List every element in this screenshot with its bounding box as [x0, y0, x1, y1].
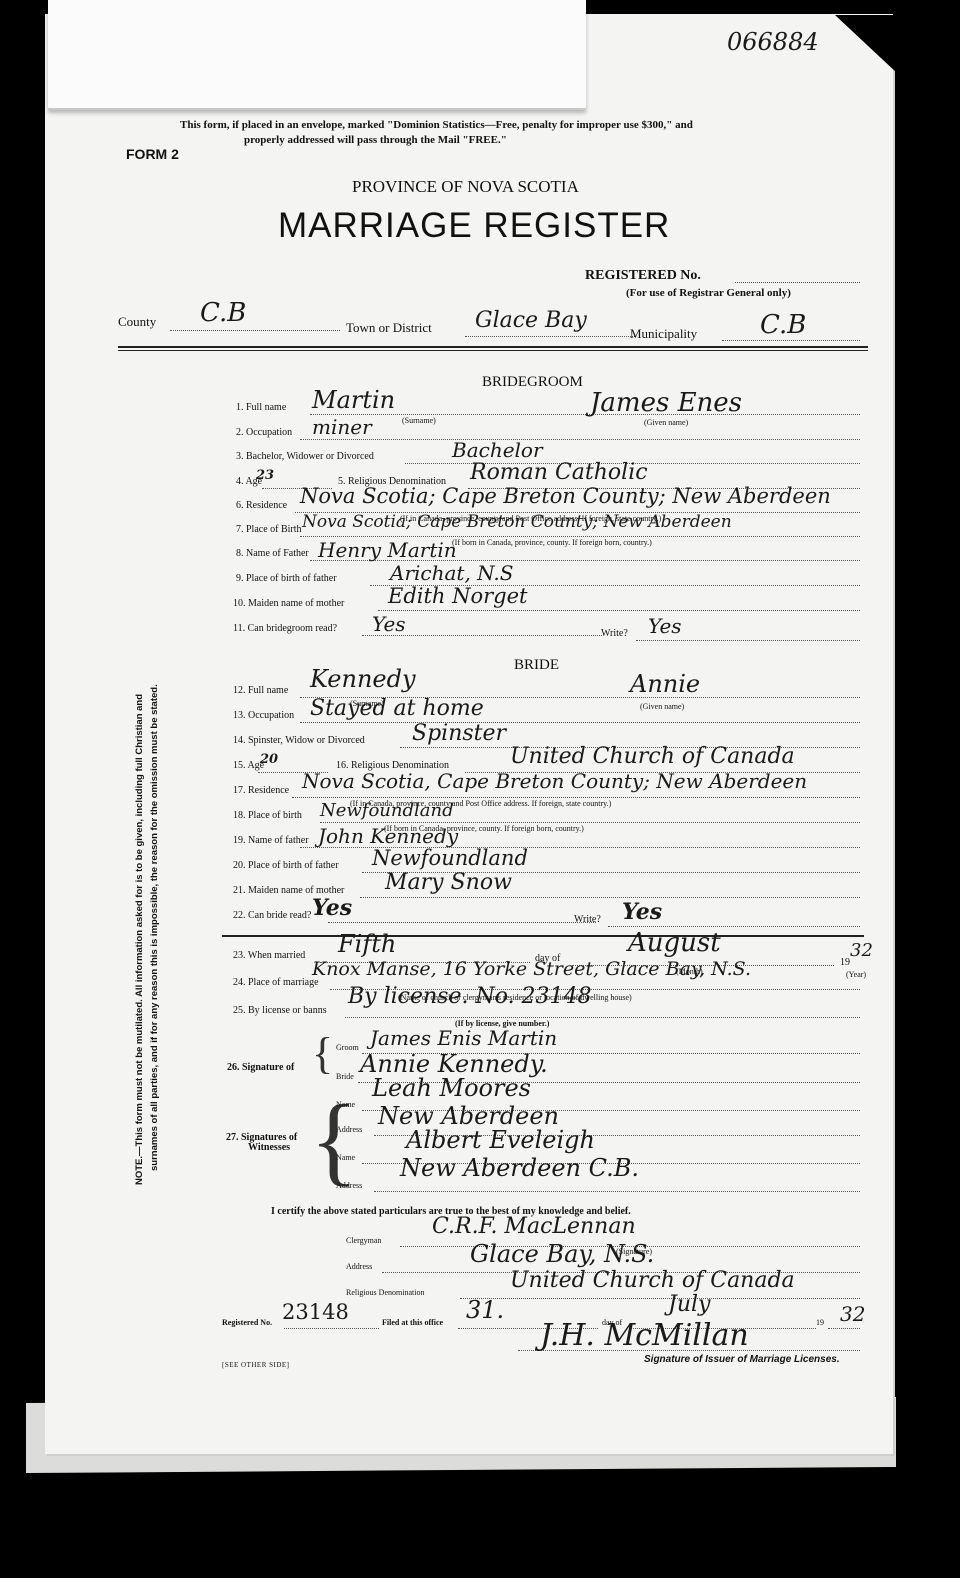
- registered-no-note: (For use of Registrar General only): [626, 287, 791, 299]
- groom-can-write: Yes: [648, 614, 682, 638]
- groom-signature: James Enis Martin: [370, 1026, 557, 1050]
- bride-father-label: 19. Name of father: [233, 835, 309, 846]
- clergyman-address-label: Address: [346, 1262, 372, 1271]
- form-label: FORM 2: [126, 146, 179, 162]
- filed-month: July: [668, 1292, 710, 1317]
- marriage-month: August: [628, 928, 721, 958]
- filed-day: 31.: [466, 1296, 504, 1324]
- side-note-line2: surnames of all parties, and if for any …: [147, 684, 162, 1185]
- issuer-label: Signature of Issuer of Marriage Licenses…: [644, 1354, 840, 1365]
- place-of-marriage: Knox Manse, 16 Yorke Street, Glace Bay, …: [312, 958, 751, 980]
- double-rule: [118, 346, 868, 348]
- issuer-signature: J.H. McMillan: [540, 1318, 749, 1353]
- groom-can-write-label: Write?: [601, 628, 628, 639]
- groom-given-name: James Enes: [590, 388, 742, 418]
- groom-status-label: 3. Bachelor, Widower or Divorced: [236, 451, 374, 462]
- witness2-address-label: Address: [336, 1181, 362, 1190]
- bride-status-label: 14. Spinster, Widow or Divorced: [233, 735, 365, 746]
- bride-given-name: Annie: [630, 670, 700, 698]
- file-number: 066884: [727, 28, 819, 56]
- groom-birthplace: Nova Scotia; Cape Breton County; New Abe…: [302, 512, 732, 532]
- side-note: NOTE.—This form must not be mutilated. A…: [132, 684, 162, 1185]
- witnesses-label-2: Witnesses: [248, 1142, 290, 1153]
- bride-father-birthplace: Newfoundland: [372, 846, 528, 870]
- groom-signature-label: Groom: [336, 1043, 359, 1052]
- bride-can-read: Yes: [312, 895, 352, 921]
- groom-can-read-label: 11. Can bridegroom read?: [233, 623, 337, 634]
- year-prefix: 19: [840, 957, 850, 968]
- groom-occupation-label: 2. Occupation: [236, 427, 292, 438]
- groom-can-read: Yes: [372, 612, 406, 636]
- groom-occupation: miner: [312, 415, 372, 439]
- bride-mother: Mary Snow: [385, 870, 512, 895]
- groom-surname: Martin: [312, 386, 395, 414]
- birthplace-hint: (If born in Canada, province, county. If…: [452, 538, 652, 547]
- bride-father-birthplace-label: 20. Place of birth of father: [233, 860, 339, 871]
- groom-father: Henry Martin: [318, 538, 457, 562]
- given-name-hint: (Given name): [644, 418, 688, 427]
- town-value: Glace Bay: [475, 308, 587, 333]
- postal-notice-line2: properly addressed will pass through the…: [244, 134, 507, 146]
- page-title: MARRIAGE REGISTER: [278, 206, 670, 246]
- section-rule: [222, 935, 864, 937]
- registered-no-value: 23148: [282, 1300, 349, 1324]
- groom-full-name-label: 1. Full name: [236, 402, 286, 413]
- brace-icon: {: [312, 1032, 333, 1076]
- province-heading: PROVINCE OF NOVA SCOTIA: [352, 177, 579, 197]
- groom-mother-label: 10. Maiden name of mother: [233, 598, 344, 609]
- bride-can-read-label: 22. Can bride read?: [233, 910, 311, 921]
- bridegroom-heading: BRIDEGROOM: [482, 374, 583, 391]
- groom-birthplace-label: 7. Place of Birth: [236, 524, 302, 535]
- bride-age: 20: [260, 752, 278, 767]
- groom-religion: Roman Catholic: [470, 460, 648, 485]
- registered-no-label: REGISTERED No.: [585, 268, 701, 284]
- county-value: C.B: [200, 298, 246, 328]
- groom-marital-status: Bachelor: [452, 438, 543, 462]
- bride-residence: Nova Scotia, Cape Breton County; New Abe…: [302, 769, 807, 793]
- see-other-side: [SEE OTHER SIDE]: [222, 1361, 290, 1369]
- groom-father-birthplace-label: 9. Place of birth of father: [236, 573, 337, 584]
- filed-year: 32: [840, 1302, 865, 1326]
- license-value: By license. No. 23148: [348, 984, 592, 1009]
- surname-hint: (Surname): [402, 416, 436, 425]
- bride-religion: United Church of Canada: [510, 744, 795, 769]
- clergyman-signature: C.R.F. MacLennan: [432, 1214, 636, 1239]
- bride-birthplace-label: 18. Place of birth: [233, 810, 302, 821]
- groom-age: 23: [256, 468, 274, 483]
- license-label: 25. By license or banns: [233, 1005, 327, 1016]
- postal-notice-line1: This form, if placed in an envelope, mar…: [180, 119, 693, 131]
- given-name-hint: (Given name): [640, 702, 684, 711]
- filed-label: Filed at this office: [382, 1318, 443, 1327]
- clergyman-address: Glace Bay, N.S.: [470, 1240, 654, 1268]
- bride-heading: BRIDE: [514, 657, 559, 674]
- town-label: Town or District: [346, 320, 432, 336]
- registered-no-footer-label: Registered No.: [222, 1318, 272, 1327]
- groom-father-label: 8. Name of Father: [236, 548, 309, 559]
- witness2-name: Albert Eveleigh: [406, 1126, 595, 1154]
- when-married-label: 23. When married: [233, 950, 305, 961]
- filed-year-prefix: 19: [816, 1318, 824, 1327]
- bride-father: John Kennedy: [318, 824, 458, 848]
- year-hint: (Year): [846, 970, 866, 979]
- overlapping-paper-slip: [48, 0, 586, 110]
- witness2-name-label: Name: [336, 1153, 355, 1162]
- witness1-name: Leah Moores: [372, 1074, 531, 1102]
- bride-surname: Kennedy: [310, 665, 416, 693]
- signature-of-label: 26. Signature of: [227, 1062, 294, 1073]
- clergyman-label: Clergyman: [346, 1236, 381, 1245]
- witness2-address: New Aberdeen C.B.: [400, 1154, 639, 1182]
- bride-can-write-label: Write?: [574, 914, 601, 925]
- marriage-day: Fifth: [338, 930, 396, 958]
- groom-residence-label: 6. Residence: [236, 500, 287, 511]
- side-note-line1: NOTE.—This form must not be mutilated. A…: [132, 684, 147, 1185]
- groom-mother: Edith Norget: [388, 584, 528, 608]
- clergyman-denomination: United Church of Canada: [510, 1268, 795, 1293]
- bride-full-name-label: 12. Full name: [233, 685, 288, 696]
- marriage-year: 32: [850, 940, 873, 961]
- bride-residence-label: 17. Residence: [233, 785, 289, 796]
- place-of-marriage-label: 24. Place of marriage: [233, 977, 319, 988]
- bride-marital-status: Spinster: [412, 721, 506, 746]
- groom-residence: Nova Scotia; Cape Breton County; New Abe…: [300, 484, 831, 508]
- county-label: County: [118, 314, 156, 330]
- bride-birthplace: Newfoundland: [320, 800, 454, 821]
- municipality-value: C.B: [760, 310, 806, 340]
- witness1-name-label: Name: [336, 1100, 355, 1109]
- clergyman-denomination-label: Religious Denomination: [346, 1288, 424, 1297]
- bride-can-write: Yes: [622, 899, 662, 925]
- bride-occupation-label: 13. Occupation: [233, 710, 294, 721]
- bride-signature-label: Bride: [336, 1072, 354, 1081]
- witness1-address-label: Address: [336, 1125, 362, 1134]
- bride-occupation: Stayed at home: [310, 696, 484, 721]
- municipality-label: Municipality: [630, 326, 697, 342]
- groom-father-birthplace: Arichat, N.S: [390, 561, 513, 585]
